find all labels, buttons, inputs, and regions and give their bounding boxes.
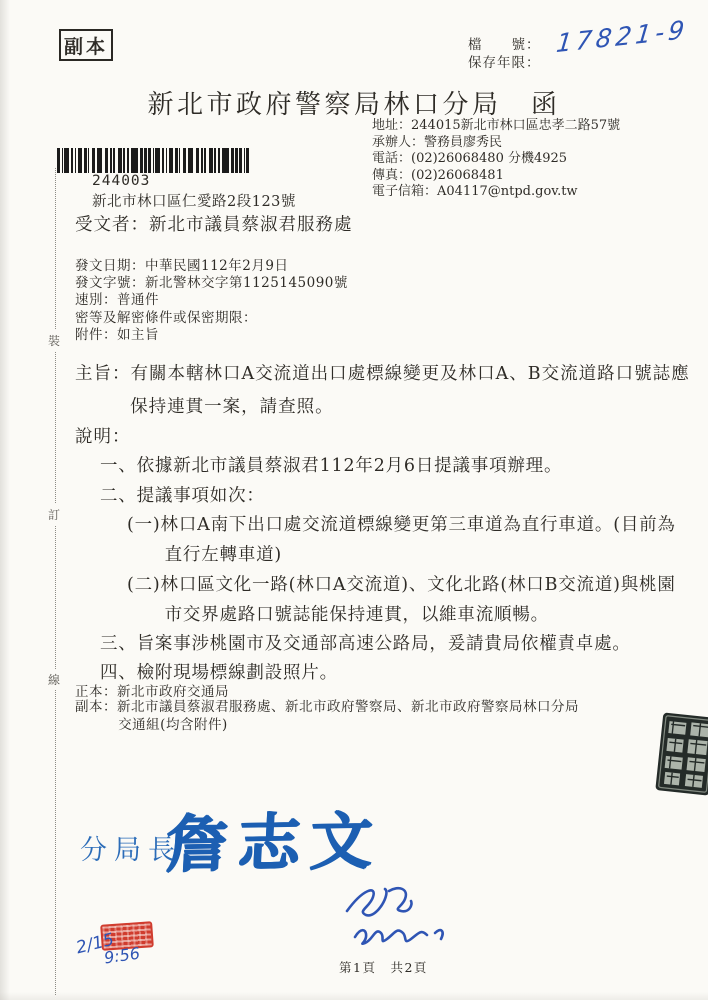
binding-dotted-line <box>55 168 56 995</box>
mailing-barcode <box>57 148 249 173</box>
recipient-line: 受文者：新北市議員蔡淑君服務處 <box>75 211 353 236</box>
copy-label-box: 副本 <box>59 29 113 61</box>
dispatch-number: 發文字號：新北警林交字第1125145090號 <box>75 275 348 292</box>
copy-recipient-line1: 副本：新北市議員蔡淑君服務處、新北市政府警察局、新北市政府警察局林口分局 <box>75 698 650 716</box>
scanned-official-letter: 裝 訂 線 副本 檔 號： 保存年限： 17821-9 新北市政府警察局林口分局… <box>0 0 708 1000</box>
agency-address: 地址：244015新北市林口區忠孝二路57號 <box>372 118 620 135</box>
page-footer: 第1頁 共2頁 <box>339 958 428 976</box>
agency-contact-block: 地址：244015新北市林口區忠孝二路57號 承辦人：警務員廖秀民 電話：(02… <box>372 118 620 201</box>
file-no-label: 檔 號： <box>468 36 541 54</box>
agency-fax: 傳真：(02)26068481 <box>372 168 620 185</box>
dispatch-meta-block: 發文日期：中華民國112年2月9日 發文字號：新北警林交字第1125145090… <box>75 258 348 344</box>
dispatch-security: 密等及解密條件或保密期限： <box>75 310 348 327</box>
binding-mark-ding: 訂 <box>48 504 60 525</box>
handwritten-file-number: 17821-9 <box>555 15 690 58</box>
mailing-address: 新北市林口區仁愛路2段123號 <box>92 190 296 211</box>
dark-seal-stamp <box>654 711 708 800</box>
copy-recipient-line2: 交通組(均含附件) <box>75 716 650 734</box>
signer-name-stamp: 詹志文 <box>164 791 385 884</box>
copy-recipient-block: 副本：新北市議員蔡淑君服務處、新北市政府警察局、新北市政府警察局林口分局 交通組… <box>75 698 650 734</box>
binding-mark-zhuang: 裝 <box>48 330 60 351</box>
handwritten-received-time: 9:56 <box>103 944 141 968</box>
dispatch-speed: 速別：普通件 <box>75 292 348 309</box>
retention-label: 保存年限： <box>468 54 541 72</box>
agency-phone: 電話：(02)26068480 分機4925 <box>372 151 620 168</box>
handwritten-initials-graphic <box>333 883 467 959</box>
archive-info: 檔 號： 保存年限： <box>468 36 541 72</box>
explanation-subitem-2: (二)林口區文化一路(林口A交流道)、文化北路(林口B交流道)與桃園市交界處路口… <box>127 570 677 630</box>
binding-mark-xian: 線 <box>48 669 60 690</box>
subject-paragraph: 主旨：有關本轄林口A交流道出口處標線變更及林口A、B交流道路口號誌應保持連貫一案… <box>75 358 696 424</box>
explanation-item-1: 一、依據新北市議員蔡淑君112年2月6日提議事項辦理。 <box>100 451 670 481</box>
agency-email: 電子信箱：A04117@ntpd.gov.tw <box>372 184 620 201</box>
handwritten-initials <box>333 883 467 963</box>
dispatch-date: 發文日期：中華民國112年2月9日 <box>75 258 348 275</box>
explanation-item-3: 三、旨案事涉桃園市及交通部高速公路局，爰請貴局依權責卓處。 <box>100 629 670 659</box>
agency-officer: 承辦人：警務員廖秀民 <box>372 135 620 152</box>
explanation-item-2: 二、提議事項如次： <box>100 481 670 511</box>
original-recipient-line: 正本：新北市政府交通局 <box>75 680 229 700</box>
barcode-number: 244003 <box>92 173 150 189</box>
dispatch-attachment: 附件：如主旨 <box>75 327 348 344</box>
explanation-subitem-1: (一)林口A南下出口處交流道標線變更第三車道為直行車道。(目前為直行左轉車道) <box>127 510 677 570</box>
explanation-label: 說明： <box>75 423 131 448</box>
dark-seal-stamp-graphic <box>654 711 708 796</box>
document-title: 新北市政府警察局林口分局 函 <box>0 84 708 121</box>
